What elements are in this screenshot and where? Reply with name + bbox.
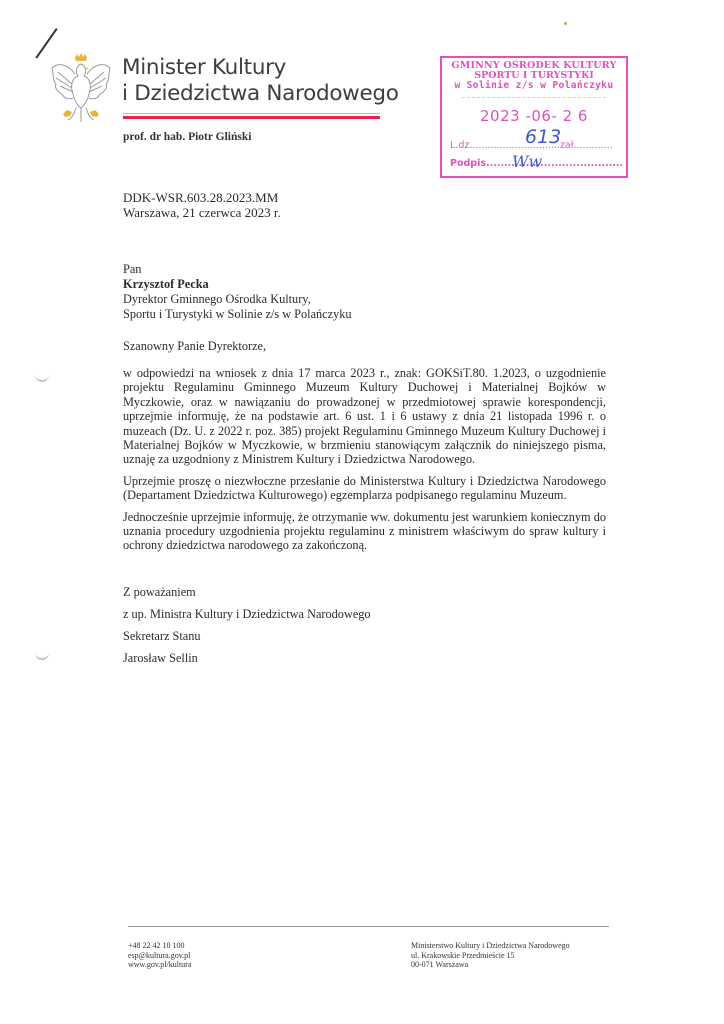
footer-divider [128,926,609,927]
footer-website: www.gov.pl/kultura [128,960,191,970]
closing-regards: Z poważaniem [123,581,371,603]
stamp-ldz-value: 613 [525,126,561,148]
recipient-block: Pan Krzysztof Pecka Dyrektor Gminnego Oś… [123,262,352,322]
polish-eagle-icon [48,50,114,126]
receipt-stamp: GMINNY OŚRODEK KULTURY SPORTU I TURYSTYK… [440,56,628,178]
stamp-podpis-label: Podpis [450,158,486,169]
minister-name: prof. dr hab. Piotr Gliński [123,131,251,143]
footer-contact: +48 22 42 10 100 esp@kultura.gov.pl www.… [128,941,191,970]
salutation: Szanowny Panie Dyrektorze, [123,339,266,354]
footer-city: 00-071 Warszawa [411,960,570,970]
stamp-line3: w Solinie z/s w Polańczyku [442,81,626,91]
closing-on-behalf: z up. Ministra Kultury i Dziedzictwa Nar… [123,603,371,625]
ministry-title-line2: i Dziedzictwa Narodowego [122,81,399,107]
body-paragraph: w odpowiedzi na wniosek z dnia 17 marca … [123,366,606,467]
stamp-ldz-label: L.dz [450,140,469,151]
reference-block: DDK-WSR.603.28.2023.MM Warszawa, 21 czer… [123,190,281,220]
footer-org: Ministerstwo Kultury i Dziedzictwa Narod… [411,941,570,951]
reference-number: DDK-WSR.603.28.2023.MM [123,190,281,205]
body-paragraph: Jednocześnie uprzejmie informuję, że otr… [123,510,606,553]
recipient-institution: Sportu i Turystyki w Solinie z/s w Polań… [123,307,352,322]
punch-hole-mark [35,650,49,660]
recipient-name: Krzysztof Pecka [123,277,352,292]
letter-body: w odpowiedzi na wniosek z dnia 17 marca … [123,366,606,560]
footer-street: ul. Krakowskie Przedmieście 15 [411,951,570,961]
punch-hole-mark [35,372,49,382]
stamp-date: 2023 -06- 2 6 [442,107,626,125]
header-divider-red [123,116,380,119]
scan-speck [564,22,567,25]
ministry-title: Minister Kultury i Dziedzictwa Narodoweg… [122,55,399,107]
footer-phone: +48 22 42 10 100 [128,941,191,951]
stamp-signature: Ww [512,152,542,171]
body-paragraph: Uprzejmie proszę o niezwłoczne przesłani… [123,474,606,503]
recipient-title: Pan [123,262,352,277]
footer-email: esp@kultura.gov.pl [128,951,191,961]
place-date: Warszawa, 21 czerwca 2023 r. [123,205,281,220]
closing-signatory: Jarosław Sellin [123,647,371,669]
recipient-position: Dyrektor Gminnego Ośrodka Kultury, [123,292,352,307]
stamp-divider [462,97,606,98]
ministry-title-line1: Minister Kultury [122,55,399,81]
header-divider-gray [123,113,380,114]
stamp-zal-label: zał [560,140,574,151]
closing-role: Sekretarz Stanu [123,625,371,647]
footer-address: Ministerstwo Kultury i Dziedzictwa Narod… [411,941,570,970]
closing-block: Z poważaniem z up. Ministra Kultury i Dz… [123,581,371,669]
